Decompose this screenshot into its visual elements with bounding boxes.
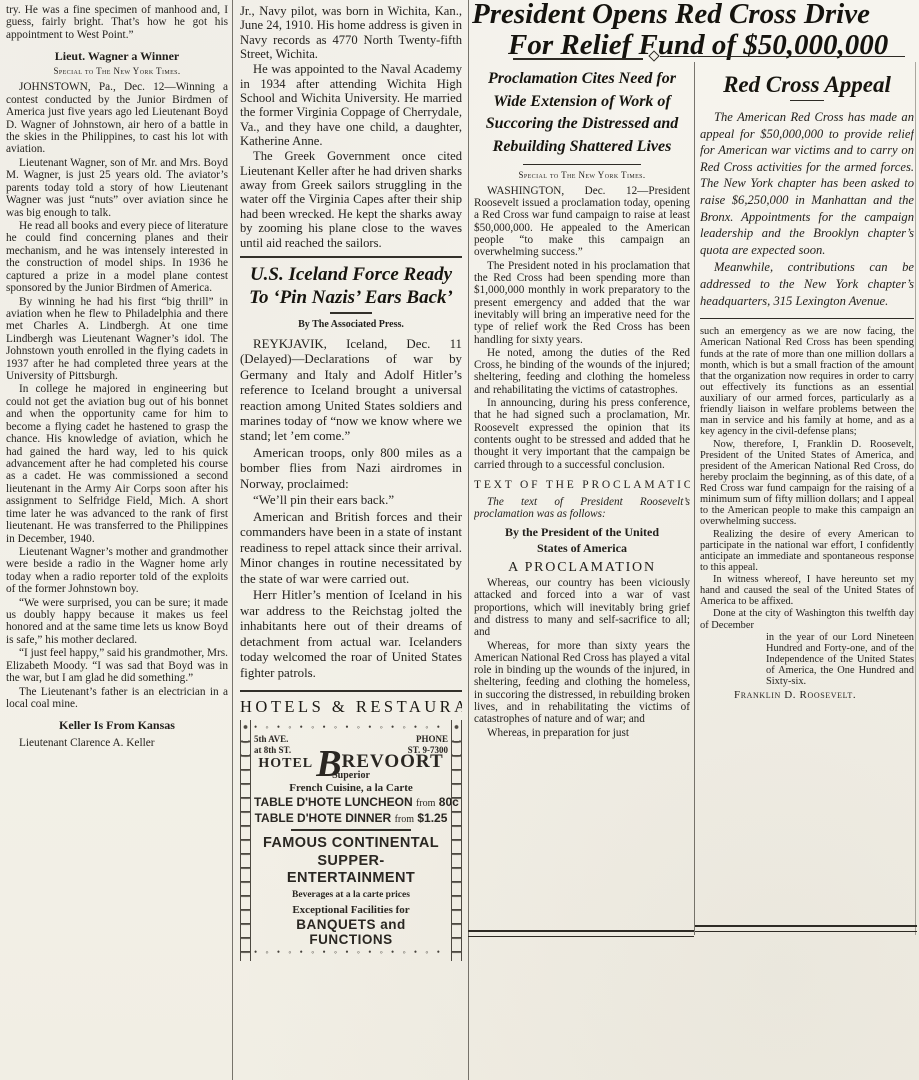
appeal-box-bottom-rule	[700, 318, 914, 319]
paragraph: Herr Hitler’s mention of Iceland in his …	[240, 588, 462, 681]
paragraph: such an emergency as we are now facing, …	[700, 326, 914, 437]
paragraph: Rebuilding Shattered Lives	[474, 136, 690, 159]
hotels-restaurants-header: HOTELS & RESTAURANTS	[240, 698, 462, 717]
column-divider-1	[232, 0, 233, 1080]
main-headline: President Opens Red Cross Drive For Reli…	[472, 0, 919, 60]
paragraph: Succoring the Distressed and	[474, 113, 690, 136]
iceland-headline-line1: U.S. Iceland Force Ready	[250, 264, 452, 285]
main-headline-line1: President Opens Red Cross Drive	[472, 0, 919, 30]
headline-underline-left	[513, 58, 643, 60]
ad-divider	[291, 829, 411, 831]
paragraph: Whereas, our country has been viciously …	[474, 577, 690, 639]
red-cross-appeal-head: Red Cross Appeal	[700, 72, 914, 98]
ad-famous-line2: SUPPER-ENTERTAINMENT	[287, 853, 415, 886]
paragraph: In witness whereof, I have hereunto set …	[700, 574, 914, 607]
paragraph: “We were surprised, you can be sure; it …	[6, 597, 228, 647]
by-the-president-head: By the President of the United States of…	[474, 524, 690, 556]
appeal-head-rule	[790, 100, 824, 101]
paragraph: try. He was a fine specimen of manhood a…	[6, 4, 228, 41]
paragraph: REYKJAVIK, Iceland, Dec. 11 (Delayed)—De…	[240, 337, 462, 445]
iceland-headline: U.S. Iceland Force Ready To ‘Pin Nazis’ …	[240, 263, 462, 309]
section-rule	[240, 256, 462, 258]
ad-phone-line1: PHONE	[416, 734, 448, 744]
italic-lead: The text of President Roosevelt’s procla…	[474, 496, 690, 521]
paragraph: The American Red Cross has made an appea…	[700, 109, 914, 258]
column-divider-right	[915, 62, 916, 935]
ad-banquets-line: BANQUETS and FUNCTIONS	[254, 917, 448, 948]
roosevelt-signature: Franklin D. Roosevelt.	[734, 689, 914, 701]
proclamation-text-body: Whereas, our country has been viciously …	[474, 577, 690, 739]
column-red-cross-appeal: Red Cross Appeal The American Red Cross …	[700, 64, 914, 934]
dateline-indent-block: in the year of our Lord Nineteen Hundred…	[766, 632, 914, 688]
ad-ornament-bottom: • ◦ • ◦ • ◦ • ◦ • ◦ • ◦ • ◦ • ◦ • ◦ •	[254, 948, 448, 957]
paragraph: Wide Extension of Work of	[474, 91, 690, 114]
column-divider-2	[468, 0, 469, 1080]
ad-from-word: from	[395, 814, 414, 825]
ad-luncheon-label: TABLE D'HOTE LUNCHEON	[254, 795, 413, 809]
ad-hotel-logo: HOTEL BREVOORT	[254, 751, 448, 773]
by-president-line1: By the President of the United	[505, 525, 659, 539]
ad-brand-rest: REVOORT	[342, 751, 444, 772]
appeal-box-body: The American Red Cross has made an appea…	[700, 109, 914, 309]
headline-underline-right	[660, 56, 905, 57]
paragraph: In college he majored in engineering but…	[6, 383, 228, 544]
newspaper-page: President Opens Red Cross Drive For Reli…	[0, 0, 919, 1080]
paragraph: Jr., Navy pilot, was born in Wichita, Ka…	[240, 4, 462, 61]
paragraph: Whereas, for more than sixty years the A…	[474, 640, 690, 726]
paragraph: Done at the city of Washington this twel…	[700, 608, 914, 630]
paragraph: “We’ll pin their ears back.”	[240, 493, 462, 508]
paragraph: American troops, only 800 miles as a bom…	[240, 446, 462, 492]
ad-facilities-line: Exceptional Facilities for	[254, 904, 448, 917]
paragraph: WASHINGTON, Dec. 12—President Roosevelt …	[474, 185, 690, 259]
hotel-brevoort-ad: • ◦ • ◦ • ◦ • ◦ • ◦ • ◦ • ◦ • ◦ • ◦ • 5t…	[240, 720, 462, 961]
column-keller-iceland: Jr., Navy pilot, was born in Wichita, Ka…	[240, 4, 462, 1078]
paragraph: American and British forces and their co…	[240, 510, 462, 587]
deck-rule	[523, 164, 641, 165]
paragraph: The President noted in his proclamation …	[474, 260, 690, 346]
paragraph: Proclamation Cites Need for	[474, 68, 690, 91]
paragraph: Lieutenant Wagner, son of Mr. and Mrs. B…	[6, 157, 228, 219]
ad-luncheon-line: TABLE D'HOTE LUNCHEON from 80c	[254, 796, 448, 810]
ap-byline: By The Associated Press.	[240, 319, 462, 330]
paragraph: He noted, among the duties of the Red Cr…	[474, 347, 690, 396]
ad-dinner-label: TABLE D'HOTE DINNER	[255, 811, 392, 825]
paragraph: Realizing the desire of every American t…	[700, 529, 914, 574]
headline-rule	[330, 312, 372, 314]
ad-hotel-word: HOTEL	[258, 756, 313, 771]
ad-scroll-border-right	[451, 720, 462, 961]
ad-dinner-price: $1.25	[417, 811, 447, 825]
proclamation-continuation: such an emergency as we are now facing, …	[700, 326, 914, 630]
column-divider-3	[694, 62, 695, 935]
ad-dinner-line: TABLE D'HOTE DINNER from $1.25	[254, 812, 448, 826]
iceland-headline-line2: To ‘Pin Nazis’ Ears Back’	[249, 287, 453, 308]
paragraph: By winning he had his first “big thrill”…	[6, 296, 228, 383]
subhead-keller-kansas: Keller Is From Kansas	[6, 719, 228, 732]
paragraph: He read all books and every piece of lit…	[6, 220, 228, 295]
credit-line: Special to The New York Times.	[474, 171, 690, 181]
by-president-line2: States of America	[537, 541, 627, 555]
bottom-double-rule-col3	[468, 930, 694, 937]
iceland-article-body: REYKJAVIK, Iceland, Dec. 11 (Delayed)—De…	[240, 337, 462, 682]
paragraph: Now, therefore, I, Franklin D. Roosevelt…	[700, 439, 914, 528]
deck-headline: Proclamation Cites Need forWide Extensio…	[474, 68, 690, 159]
paragraph: JOHNSTOWN, Pa., Dec. 12—Winning a contes…	[6, 81, 228, 156]
section-rule	[240, 690, 462, 692]
ad-cuisine-line: French Cuisine, a la Carte	[254, 782, 448, 795]
bottom-double-rule-col4	[695, 925, 917, 932]
ad-famous-line1: FAMOUS CONTINENTAL	[263, 835, 439, 851]
proclamation-story-body: WASHINGTON, Dec. 12—President Roosevelt …	[474, 185, 690, 471]
credit-line: Special to The New York Times.	[6, 67, 228, 77]
ad-beverages-line: Beverages at a la carte prices	[254, 890, 448, 901]
paragraph: Lieutenant Clarence A. Keller	[6, 737, 228, 749]
column-proclamation-story: Proclamation Cites Need forWide Extensio…	[474, 68, 690, 938]
paragraph: Meanwhile, contributions can be addresse…	[700, 259, 914, 309]
subhead-wagner-winner: Lieut. Wagner a Winner	[6, 50, 228, 63]
text-of-proclamation-head: TEXT OF THE PROCLAMATION	[474, 479, 690, 492]
paragraph: The Greek Government once cited Lieutena…	[240, 149, 462, 249]
column-wagner-article: try. He was a fine specimen of manhood a…	[6, 4, 228, 1078]
ad-from-word: from	[416, 798, 435, 809]
paragraph: “I just feel happy,” said his grandmothe…	[6, 647, 228, 684]
ad-address-line1: 5th AVE.	[254, 734, 288, 744]
ad-scroll-border-left	[240, 720, 251, 961]
paragraph: The Lieutenant’s father is an electricia…	[6, 686, 228, 711]
a-proclamation-head: A PROCLAMATION	[474, 560, 690, 575]
wagner-article-body: JOHNSTOWN, Pa., Dec. 12—Winning a contes…	[6, 81, 228, 710]
ad-ornament-top: • ◦ • ◦ • ◦ • ◦ • ◦ • ◦ • ◦ • ◦ • ◦ •	[254, 723, 448, 732]
ad-famous-continental: FAMOUS CONTINENTAL SUPPER-ENTERTAINMENT	[254, 835, 448, 887]
keller-article-body: Jr., Navy pilot, was born in Wichita, Ka…	[240, 4, 462, 250]
paragraph: He was appointed to the Naval Academy in…	[240, 62, 462, 148]
paragraph: Whereas, in preparation for just	[474, 727, 690, 739]
paragraph: In announcing, during his press conferen…	[474, 397, 690, 471]
paragraph: Lieutenant Wagner’s mother and grandmoth…	[6, 546, 228, 596]
